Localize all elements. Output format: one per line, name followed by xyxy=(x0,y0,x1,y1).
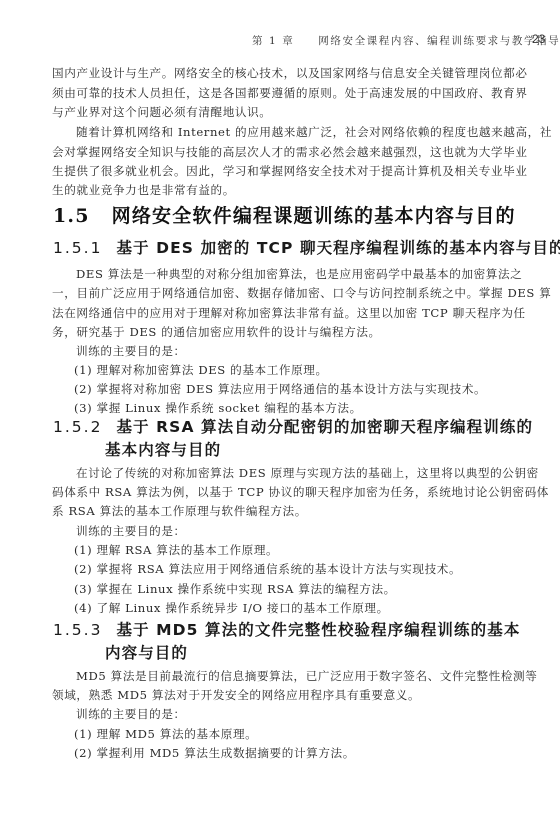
subsection-title: 基于 DES 加密的 TCP 聊天程序编程训练的基本内容与目的 xyxy=(116,239,560,257)
md5-goals-intro: 训练的主要目的是： xyxy=(76,707,186,721)
intro-p1-line-3: 与产业界对这个问题必须有清醒地认识。 xyxy=(52,105,272,119)
des-goal-1: (1) 理解对称加密算法 DES 的基本工作原理。 xyxy=(74,363,328,377)
rsa-goal-1: (1) 理解 RSA 算法的基本工作原理。 xyxy=(74,543,278,557)
des-goal-3: (3) 掌握 Linux 操作系统 socket 编程的基本方法。 xyxy=(74,401,362,415)
running-header: 第 1 章 网络安全课程内容、编程训练要求与教学指导 xyxy=(252,33,560,48)
rsa-goal-2: (2) 掌握将 RSA 算法应用于网络通信系统的基本设计方法与实现技术。 xyxy=(74,562,461,576)
rsa-p-line-2: 码体系中 RSA 算法为例，以基于 TCP 协议的聊天程序加密为任务，系统地讨论… xyxy=(52,485,549,499)
subsection-heading-1-5-2-cont: 基本内容与目的 xyxy=(105,438,221,460)
des-p-line-3: 法在网络通信中的应用对于理解对称加密算法非常有益。这里以加密 TCP 聊天程序为… xyxy=(52,306,526,320)
chapter-title: 网络安全课程内容、编程训练要求与教学指导 xyxy=(318,35,560,47)
intro-p2-line-1: 随着计算机网络和 Internet 的应用越来越广泛，社会对网络依赖的程度也越来… xyxy=(76,125,552,139)
subsection-title: 基于 RSA 算法自动分配密钥的加密聊天程序编程训练的 xyxy=(116,418,533,436)
subsection-number: 1.5.1 xyxy=(53,239,102,257)
chapter-label: 第 1 章 xyxy=(252,35,294,47)
rsa-p-line-3: 系 RSA 算法的基本工作原理与软件编程方法。 xyxy=(52,504,307,518)
des-p-line-4: 务，研究基于 DES 的通信加密应用软件的设计与编程方法。 xyxy=(52,325,381,339)
subsection-heading-1-5-1: 1.5.1基于 DES 加密的 TCP 聊天程序编程训练的基本内容与目的 xyxy=(53,236,560,258)
section-number: 1.5 xyxy=(53,205,90,227)
page-number: 23 xyxy=(532,32,545,46)
des-p-line-1: DES 算法是一种典型的对称分组加密算法，也是应用密码学中最基本的加密算法之 xyxy=(76,267,522,281)
subsection-number: 1.5.2 xyxy=(53,418,102,436)
intro-p1-line-2: 须由可靠的技术人员担任，这是各国都要遵循的原则。处于高速发展的中国政府、教育界 xyxy=(52,86,528,100)
md5-p-line-2: 领域，熟悉 MD5 算法对于开发安全的网络应用程序具有重要意义。 xyxy=(52,688,420,702)
des-goal-2: (2) 掌握将对称加密 DES 算法应用于网络通信的基本设计方法与实现技术。 xyxy=(74,382,486,396)
subsection-title: 基于 MD5 算法的文件完整性校验程序编程训练的基本 xyxy=(116,621,520,639)
intro-p2-line-3: 生提供了很多就业机会。因此，学习和掌握网络安全技术对于提高计算机及相关专业毕业 xyxy=(52,164,528,178)
rsa-goal-4: (4) 了解 Linux 操作系统异步 I/O 接口的基本工作原理。 xyxy=(74,601,389,615)
subsection-heading-1-5-3-cont: 内容与目的 xyxy=(105,641,188,663)
md5-goal-1: (1) 理解 MD5 算法的基本原理。 xyxy=(74,727,257,741)
subsection-number: 1.5.3 xyxy=(53,621,102,639)
section-title: 网络安全软件编程课题训练的基本内容与目的 xyxy=(112,205,516,227)
des-p-line-2: 一，目前广泛应用于网络通信加密、数据存储加密、口令与访问控制系统之中。掌握 DE… xyxy=(52,286,551,300)
rsa-goal-3: (3) 掌握在 Linux 操作系统中实现 RSA 算法的编程方法。 xyxy=(74,582,396,596)
md5-p-line-1: MD5 算法是目前最流行的信息摘要算法，已广泛应用于数字签名、文件完整性检测等 xyxy=(76,669,537,683)
subsection-heading-1-5-3: 1.5.3基于 MD5 算法的文件完整性校验程序编程训练的基本 xyxy=(53,618,520,640)
rsa-p-line-1: 在讨论了传统的对称加密算法 DES 原理与实现方法的基础上，这里将以典型的公钥密 xyxy=(76,466,539,480)
section-heading: 1.5网络安全软件编程课题训练的基本内容与目的 xyxy=(53,201,516,228)
rsa-goals-intro: 训练的主要目的是： xyxy=(76,524,186,538)
intro-p2-line-4: 生的就业竞争力也是非常有益的。 xyxy=(52,183,235,197)
subsection-heading-1-5-2: 1.5.2基于 RSA 算法自动分配密钥的加密聊天程序编程训练的 xyxy=(53,415,533,437)
intro-p1-line-1: 国内产业设计与生产。网络安全的核心技术，以及国家网络与信息安全关键管理岗位都必 xyxy=(52,66,528,80)
md5-goal-2: (2) 掌握利用 MD5 算法生成数据摘要的计算方法。 xyxy=(74,746,355,760)
des-goals-intro: 训练的主要目的是： xyxy=(76,344,186,358)
intro-p2-line-2: 会对掌握网络安全知识与技能的高层次人才的需求必然会越来越强烈，这也就为大学毕业 xyxy=(52,145,528,159)
